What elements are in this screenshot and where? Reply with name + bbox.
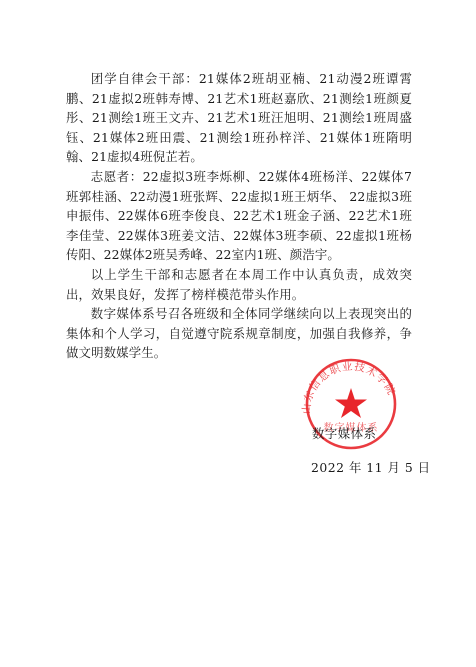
document-body: 团学自律会干部：21媒体2班胡亚楠、21动漫2班谭霄鹏、21虚拟2班韩寿博、21… <box>66 69 412 363</box>
paragraph-volunteers: 志愿者：22虚拟3班李烁柳、22媒体4班杨洋、22媒体7班郭桂涵、22动漫1班张… <box>66 167 412 265</box>
document-page: 团学自律会干部：21媒体2班胡亚楠、21动漫2班谭霄鹏、21虚拟2班韩寿博、21… <box>0 0 476 667</box>
signature-date: 2022 年 11 月 5 日 <box>311 458 431 476</box>
signature-department: 数字媒体系 <box>312 424 376 442</box>
paragraph-call-to-action: 数字媒体系号召各班级和全体同学继续向以上表现突出的集体和个人学习，自觉遵守院系规… <box>66 304 412 363</box>
paragraph-commendation: 以上学生干部和志愿者在本周工作中认真负责，成效突出，效果良好，发挥了榜样模范带头… <box>66 265 412 304</box>
paragraph-student-cadres: 团学自律会干部：21媒体2班胡亚楠、21动漫2班谭霄鹏、21虚拟2班韩寿博、21… <box>66 69 412 167</box>
